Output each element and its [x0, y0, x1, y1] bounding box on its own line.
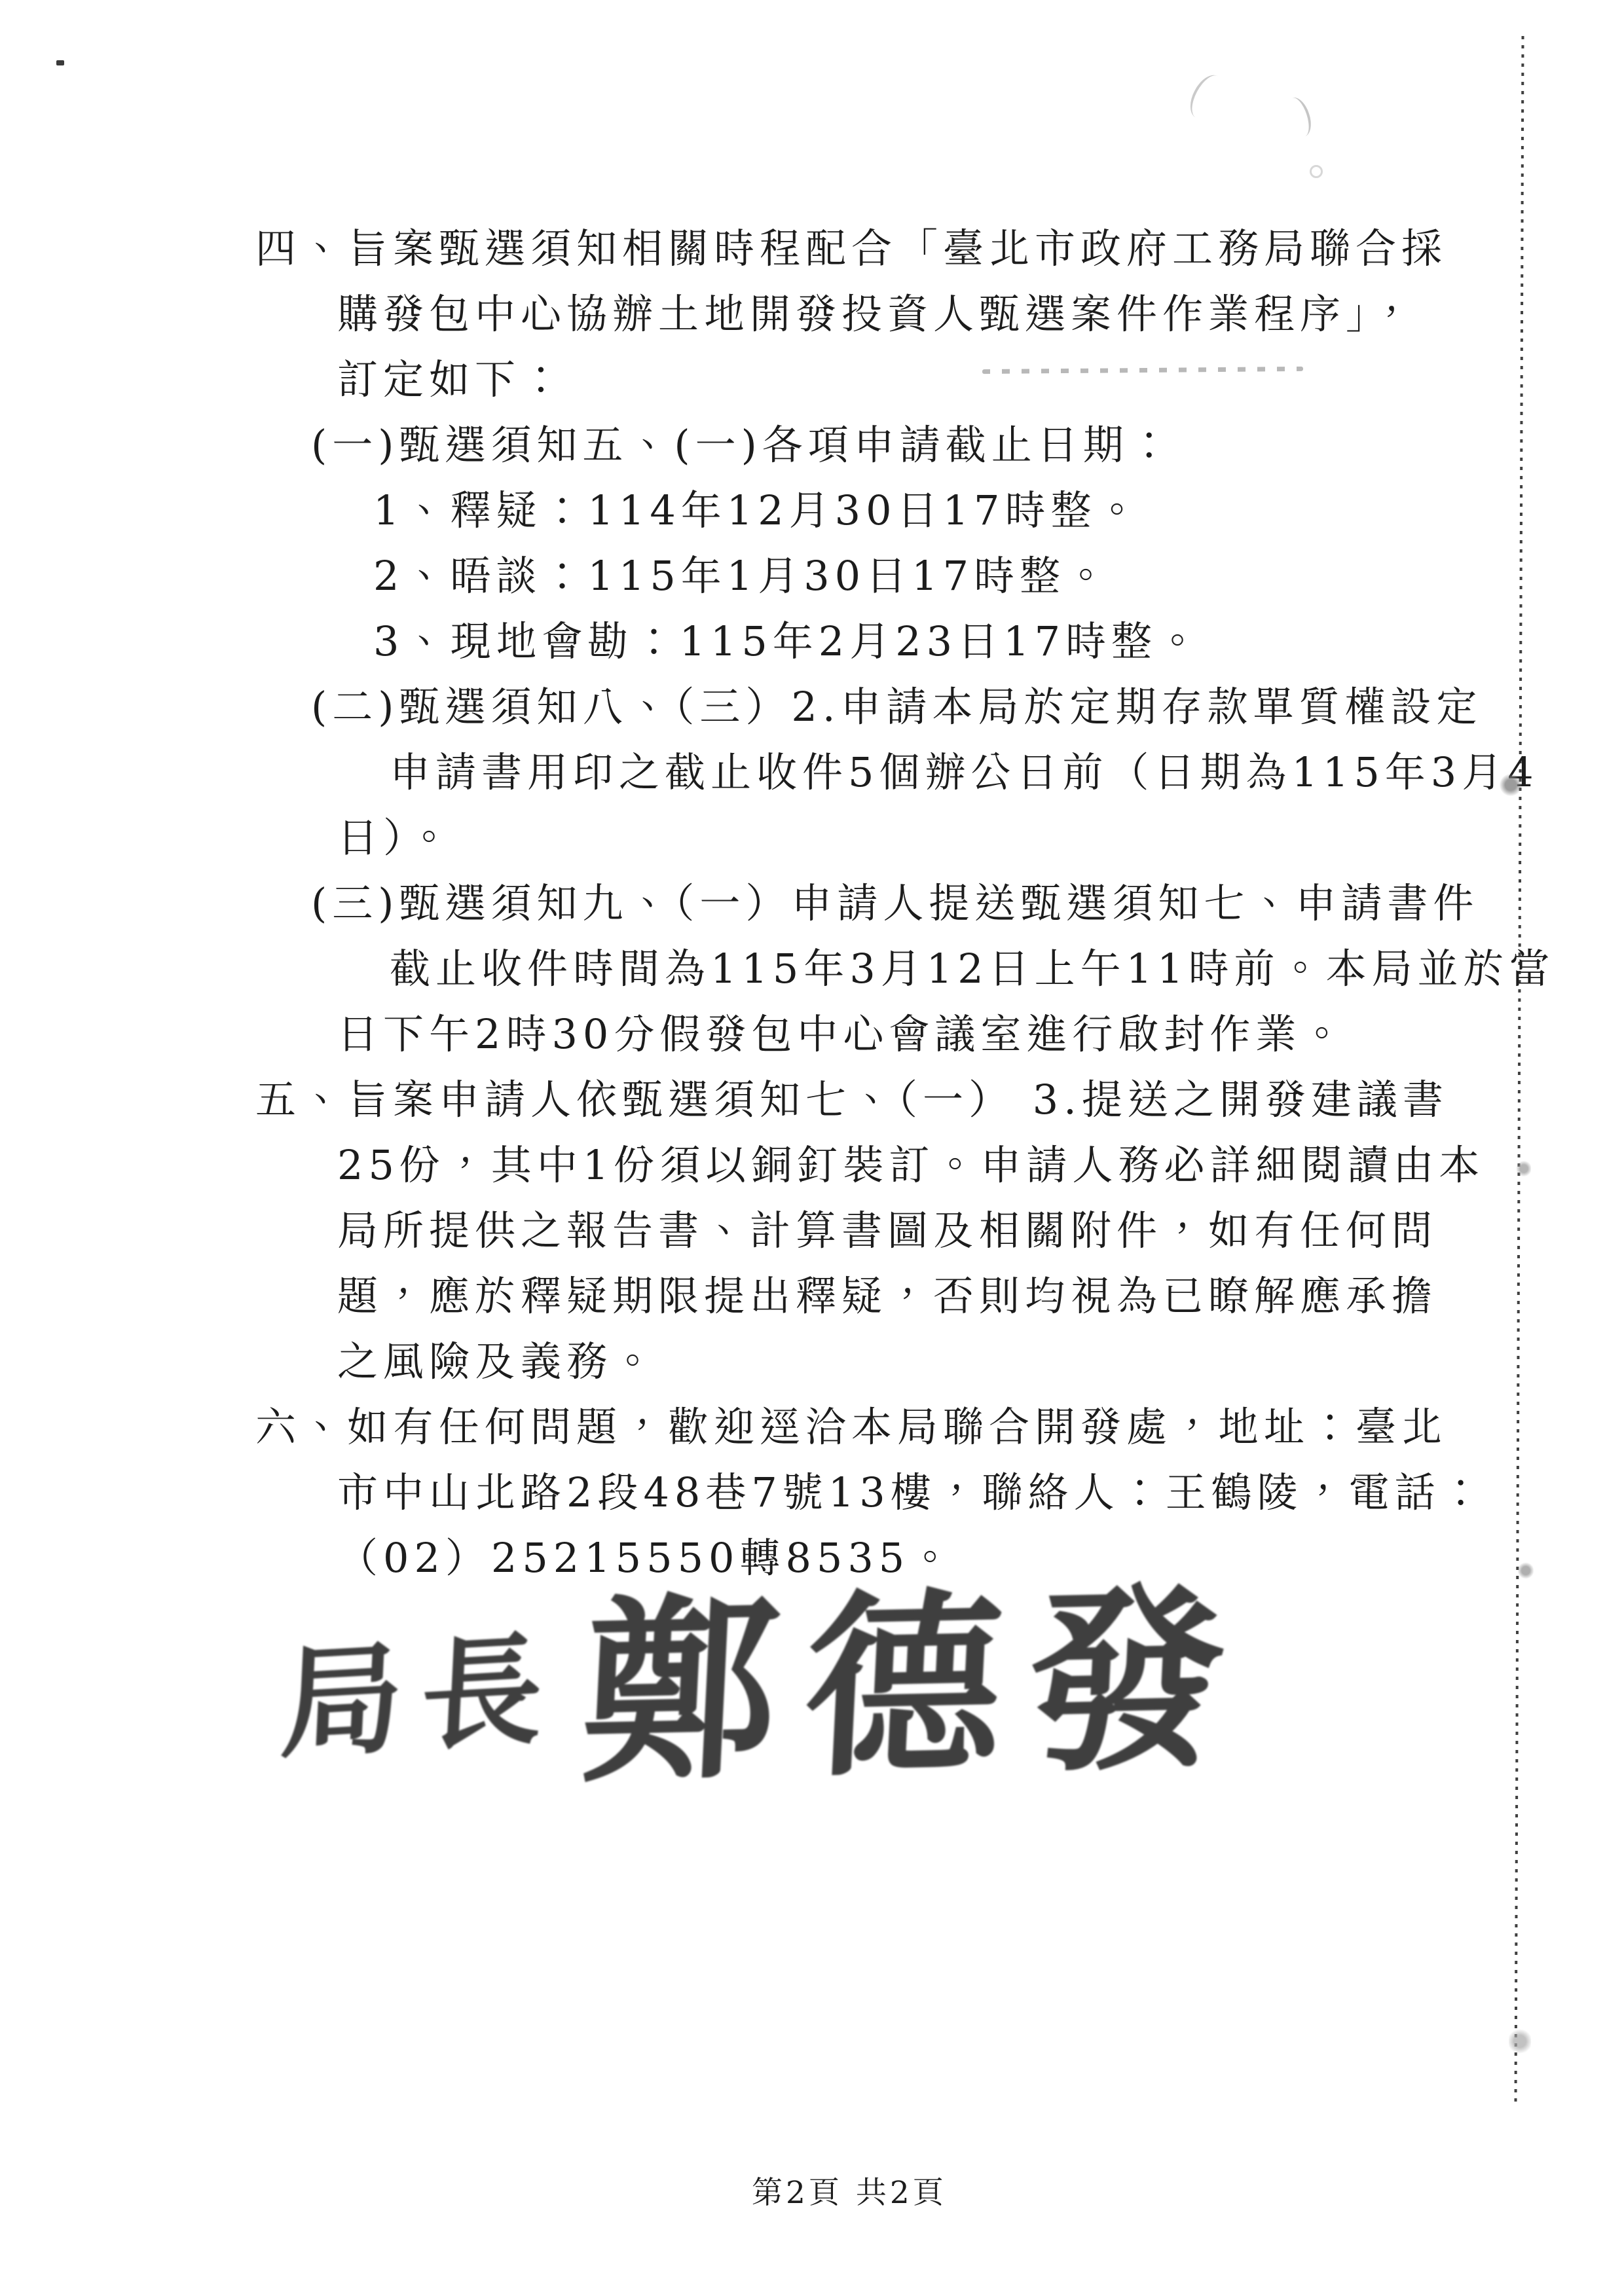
scan-edge-smudge: [1500, 774, 1522, 796]
document-line: 之風險及義務。: [0, 1329, 1624, 1394]
document-line: 25份，其中1份須以銅釘裝訂。申請人務必詳細閱讀由本: [0, 1133, 1624, 1198]
scan-pencil-mark: [1310, 165, 1323, 178]
document-line: 日下午2時30分假發包中心會議室進行啟封作業。: [0, 1002, 1624, 1067]
scan-speck-top-left: [56, 60, 64, 65]
signature-title: 局長: [278, 1628, 564, 1765]
document-line: (三)甄選須知九、（一）申請人提送甄選須知七、申請書件: [0, 871, 1624, 936]
director-signature: 局長 鄭德發: [280, 1581, 1253, 1798]
document-line: 五、旨案申請人依甄選須知七、（一） 3.提送之開發建議書: [0, 1067, 1624, 1133]
document-line: 3、現地會勘：115年2月23日17時整。: [0, 609, 1624, 674]
document-body: 四、旨案甄選須知相關時程配合「臺北市政府工務局聯合採 購發包中心協辦土地開發投資…: [0, 216, 1624, 1591]
document-line: 局所提供之報告書、計算書圖及相關附件，如有任何問: [0, 1198, 1624, 1264]
document-line: 訂定如下：: [0, 347, 1624, 412]
document-line: 截止收件時間為115年3月12日上午11時前。本局並於當: [0, 936, 1624, 1002]
document-line: 題，應於釋疑期限提出釋疑，否則均視為已瞭解應承擔: [0, 1264, 1624, 1329]
document-line: 購發包中心協辦土地開發投資人甄選案件作業程序」，: [0, 282, 1624, 347]
document-line: (二)甄選須知八、（三）2.申請本局於定期存款單質權設定: [0, 674, 1624, 740]
document-line: 四、旨案甄選須知相關時程配合「臺北市政府工務局聯合採: [0, 216, 1624, 282]
scan-edge-smudge: [1517, 1160, 1531, 1177]
scan-edge-smudge: [1518, 1562, 1534, 1579]
document-line: 六、如有任何問題，歡迎逕洽本局聯合開發處，地址：臺北: [0, 1394, 1624, 1460]
page-number: 第2頁 共2頁: [752, 2168, 947, 2212]
scan-pencil-mark: [1184, 69, 1230, 124]
document-line: 2、晤談：115年1月30日17時整。: [0, 543, 1624, 609]
document-line: 市中山北路2段48巷7號13樓，聯絡人：王鶴陵，電話：: [0, 1460, 1624, 1525]
document-line: 申請書用印之截止收件5個辦公日前（日期為115年3月4: [0, 740, 1624, 805]
scan-pencil-mark: [1282, 94, 1315, 139]
document-line: 1、釋疑：114年12月30日17時整。: [0, 478, 1624, 543]
scanned-document-page: 四、旨案甄選須知相關時程配合「臺北市政府工務局聯合採 購發包中心協辦土地開發投資…: [0, 0, 1624, 2296]
signature-name: 鄭德發: [578, 1580, 1255, 1791]
document-line: 日）。: [0, 805, 1624, 871]
scan-edge-smudge: [1509, 2028, 1531, 2054]
document-line: (一)甄選須知五、(一)各項申請截止日期：: [0, 412, 1624, 478]
